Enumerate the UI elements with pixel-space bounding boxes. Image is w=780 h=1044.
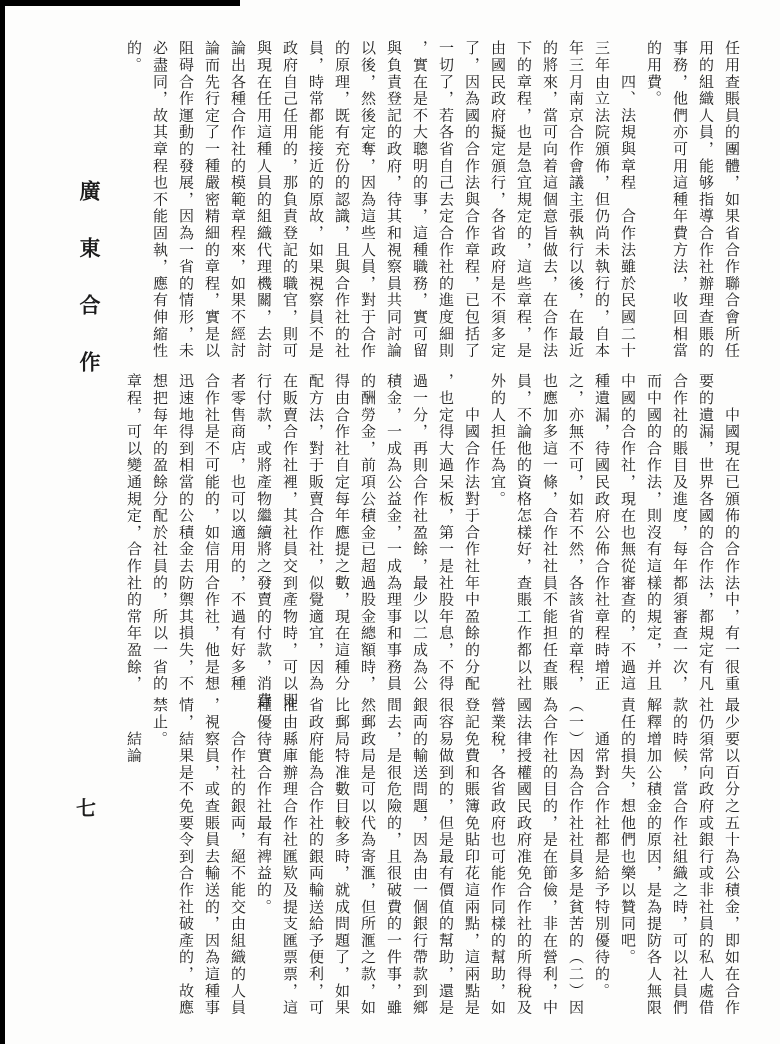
text-column: 的將來，當可向着這個意旨做去，在合作法 bbox=[536, 40, 562, 362]
text-column: 社仍須常向政府或銀行或非社員的私人處借 bbox=[692, 697, 718, 1019]
text-column: 章程，可以變通規定，合作社的常年盈餘， bbox=[120, 373, 146, 695]
text-column: 外的人担任為宜。 bbox=[484, 373, 510, 695]
text-column: （一）因為合作社社員多是貧苦的（二）因 bbox=[562, 697, 588, 1019]
text-column: 合作社的銀両，絕不能交由組織的人員 bbox=[224, 697, 250, 1019]
text-column: 間去，是很危險的，且很破費的一件事，雖 bbox=[380, 697, 406, 1019]
text-column: 論而先行定了一種嚴密精細的章程，實是以 bbox=[198, 40, 224, 362]
text-column: 登記免費和賬簿免貼印花這兩點，這兩點是 bbox=[458, 697, 484, 1019]
text-column: ，實在是不大聰明的事，這種職務，實可留 bbox=[406, 40, 432, 362]
text-column: 為合作社的目的，是在節儉，非在營利，中 bbox=[536, 697, 562, 1019]
text-column: 得由合作社自定每年應提之數，現在這種分 bbox=[328, 373, 354, 695]
text-column: 中國合作法對于合作社年中盈餘的分配 bbox=[458, 373, 484, 695]
text-section-bottom: 最少要以百分之五十為公積金，即如在合作社仍須常向政府或銀行或非社員的私人處借款的… bbox=[120, 697, 744, 1019]
text-column: 而中國的合作法，則沒有這樣的規定，并且 bbox=[640, 373, 666, 695]
text-column: 由國民政府擬定頒行，各省政府是不須多定 bbox=[484, 40, 510, 362]
text-column: 通常對合作社都是給予特別優待的。 bbox=[588, 697, 614, 1019]
text-column: 也應加多這一條，合作社社員不能担任查賬 bbox=[536, 373, 562, 695]
text-column: 想把每年的盈餘分配於社員的，所以一省的 bbox=[146, 373, 172, 695]
text-column: 任用查賬員的團體，如果省合作聯合會所任 bbox=[718, 40, 744, 362]
text-column: 員，時常都能接近的原故，如果視察員不是 bbox=[302, 40, 328, 362]
text-column: 以後，然後定奪，因為這些人員，對于合作 bbox=[354, 40, 380, 362]
text-column: 行付款，或將產物繼續將之發賣的付款，消費 bbox=[250, 373, 276, 695]
running-title: 廣東合作 bbox=[74, 180, 104, 408]
text-column: 過一分，再則合作社盈餘，最少以二成為公 bbox=[406, 373, 432, 695]
text-column: 責任的損失，想他們也樂以贊同吧。 bbox=[614, 697, 640, 1019]
text-column: 迅速地得到相當的公積金去防禦其損失，不 bbox=[172, 373, 198, 695]
text-column: 銀両的輸送問題，因為由一個銀行帶款到鄉 bbox=[406, 697, 432, 1019]
text-column: 的酬勞金，前項公積金已超過股金總額時， bbox=[354, 373, 380, 695]
page-number: 七 bbox=[76, 792, 96, 821]
text-column: 員，不論他的資格怎樣好，查賬工作都以社 bbox=[510, 373, 536, 695]
text-column: 合作社是不可能的，如信用合作社，他是想 bbox=[198, 373, 224, 695]
text-column: 配方法，對于販賣合作社，似覺適宜，因為 bbox=[302, 373, 328, 695]
text-column: 然郵政局是可以代為寄滙，但所滙之款，如 bbox=[354, 697, 380, 1019]
text-column: 最少要以百分之五十為公積金，即如在合作 bbox=[718, 697, 744, 1019]
text-column: 者零售商店，也可以適用的，不過有好多種 bbox=[224, 373, 250, 695]
text-column: 國法律授權國民政府准免合作社的所得稅及 bbox=[510, 697, 536, 1019]
text-column: 比郵局特准數目較多時，就成問題了，如果 bbox=[328, 697, 354, 1019]
text-column: 政府自己任用的，那負責登記的職官，則可 bbox=[276, 40, 302, 362]
text-column: 准由縣庫辦理合作社匯欵及提支匯票票，這 bbox=[276, 697, 302, 1019]
text-column: 下的章程，也是急宜規定的，這些章程，是 bbox=[510, 40, 536, 362]
text-column: 的用費。 bbox=[640, 40, 666, 362]
text-column: 結論 bbox=[120, 697, 146, 1019]
text-column: 種遺漏，待國民政府公佈合作社章程時增正 bbox=[588, 373, 614, 695]
text-column: 要的遺漏，世界各國的合作法，都規定有凡 bbox=[692, 373, 718, 695]
text-column: 用的組織人員，能够指導合作社辦理查賬的 bbox=[692, 40, 718, 362]
text-column: 營業稅，各省政府也可能作同樣的幫助，如 bbox=[484, 697, 510, 1019]
text-column: 與現在任用這種人員的組織代理機關，去討 bbox=[250, 40, 276, 362]
text-column: 四、法規與章程 合作法雖於民國二十 bbox=[614, 40, 640, 362]
scan-border-left bbox=[0, 0, 5, 1044]
text-column: 積金，一成為公益金，一成為理事和事務員 bbox=[380, 373, 406, 695]
text-column: 的原理，既有充份的認識，且與合作社的社 bbox=[328, 40, 354, 362]
text-column: 阻碍合作運動的發展，因為一省的情形，未 bbox=[172, 40, 198, 362]
text-column: 種優待實合作社最有裨益的。 bbox=[250, 697, 276, 1019]
text-section-middle: 中國現在已頒佈的合作法中，有一很重要的遺漏，世界各國的合作法，都規定有凡合作社的… bbox=[120, 373, 744, 695]
text-column: 年三月南京合作會議主張執行以後，在最近 bbox=[562, 40, 588, 362]
text-column: 事務，他們亦可用這種年費方法，收回相當 bbox=[666, 40, 692, 362]
text-column: 禁止。 bbox=[146, 697, 172, 1019]
text-column: 在販賣合作社裡，其社員交到產物時，可以即 bbox=[276, 373, 302, 695]
text-column: 之，亦無不可，如若不然，各該省的章程， bbox=[562, 373, 588, 695]
text-column: 論出各種合作社的模範章程來，如果不經討 bbox=[224, 40, 250, 362]
text-column: 的。 bbox=[120, 40, 146, 362]
text-column: 必盡同，故其章程也不能固執，應有伸縮性 bbox=[146, 40, 172, 362]
text-column: 與負責登記的政府，待其和視察員共同討論 bbox=[380, 40, 406, 362]
text-column: 了，因為國的合作法與合作章程，已包括了 bbox=[458, 40, 484, 362]
text-column: 合作社的賬目及進度，每年都須審查一次， bbox=[666, 373, 692, 695]
text-column: 解釋增加公積金的原因，是為提防各人無限 bbox=[640, 697, 666, 1019]
scanned-page: 廣東合作 七 任用查賬員的團體，如果省合作聯合會所任用的組織人員，能够指導合作社… bbox=[0, 0, 780, 1044]
text-column: 三年由立法院頒佈，但仍尚未執行的，自本 bbox=[588, 40, 614, 362]
text-column: 款的時候，當合作社組織之時，可以社員們 bbox=[666, 697, 692, 1019]
text-column: ，也定得大過呆板，第一是社股年息，不得 bbox=[432, 373, 458, 695]
scan-border-top bbox=[0, 0, 240, 6]
text-column: 省政府能為合作社的銀両輸送給予便利，可 bbox=[302, 697, 328, 1019]
text-section-top: 任用查賬員的團體，如果省合作聯合會所任用的組織人員，能够指導合作社辦理查賬的事務… bbox=[120, 40, 744, 362]
text-column: 中國現在已頒佈的合作法中，有一很重 bbox=[718, 373, 744, 695]
text-column: ，視察員，或查賬員去輸送的，因為這種事 bbox=[198, 697, 224, 1019]
text-column: 中國的合作社，現在也無從審查的，不過這 bbox=[614, 373, 640, 695]
text-column: 情，結果是不免要令到合作社破產的，故應 bbox=[172, 697, 198, 1019]
text-column: 很容易做到的，但是最有價值的幫助，還是 bbox=[432, 697, 458, 1019]
text-column: 一切了，若各省自己去定合作社的進度細則 bbox=[432, 40, 458, 362]
